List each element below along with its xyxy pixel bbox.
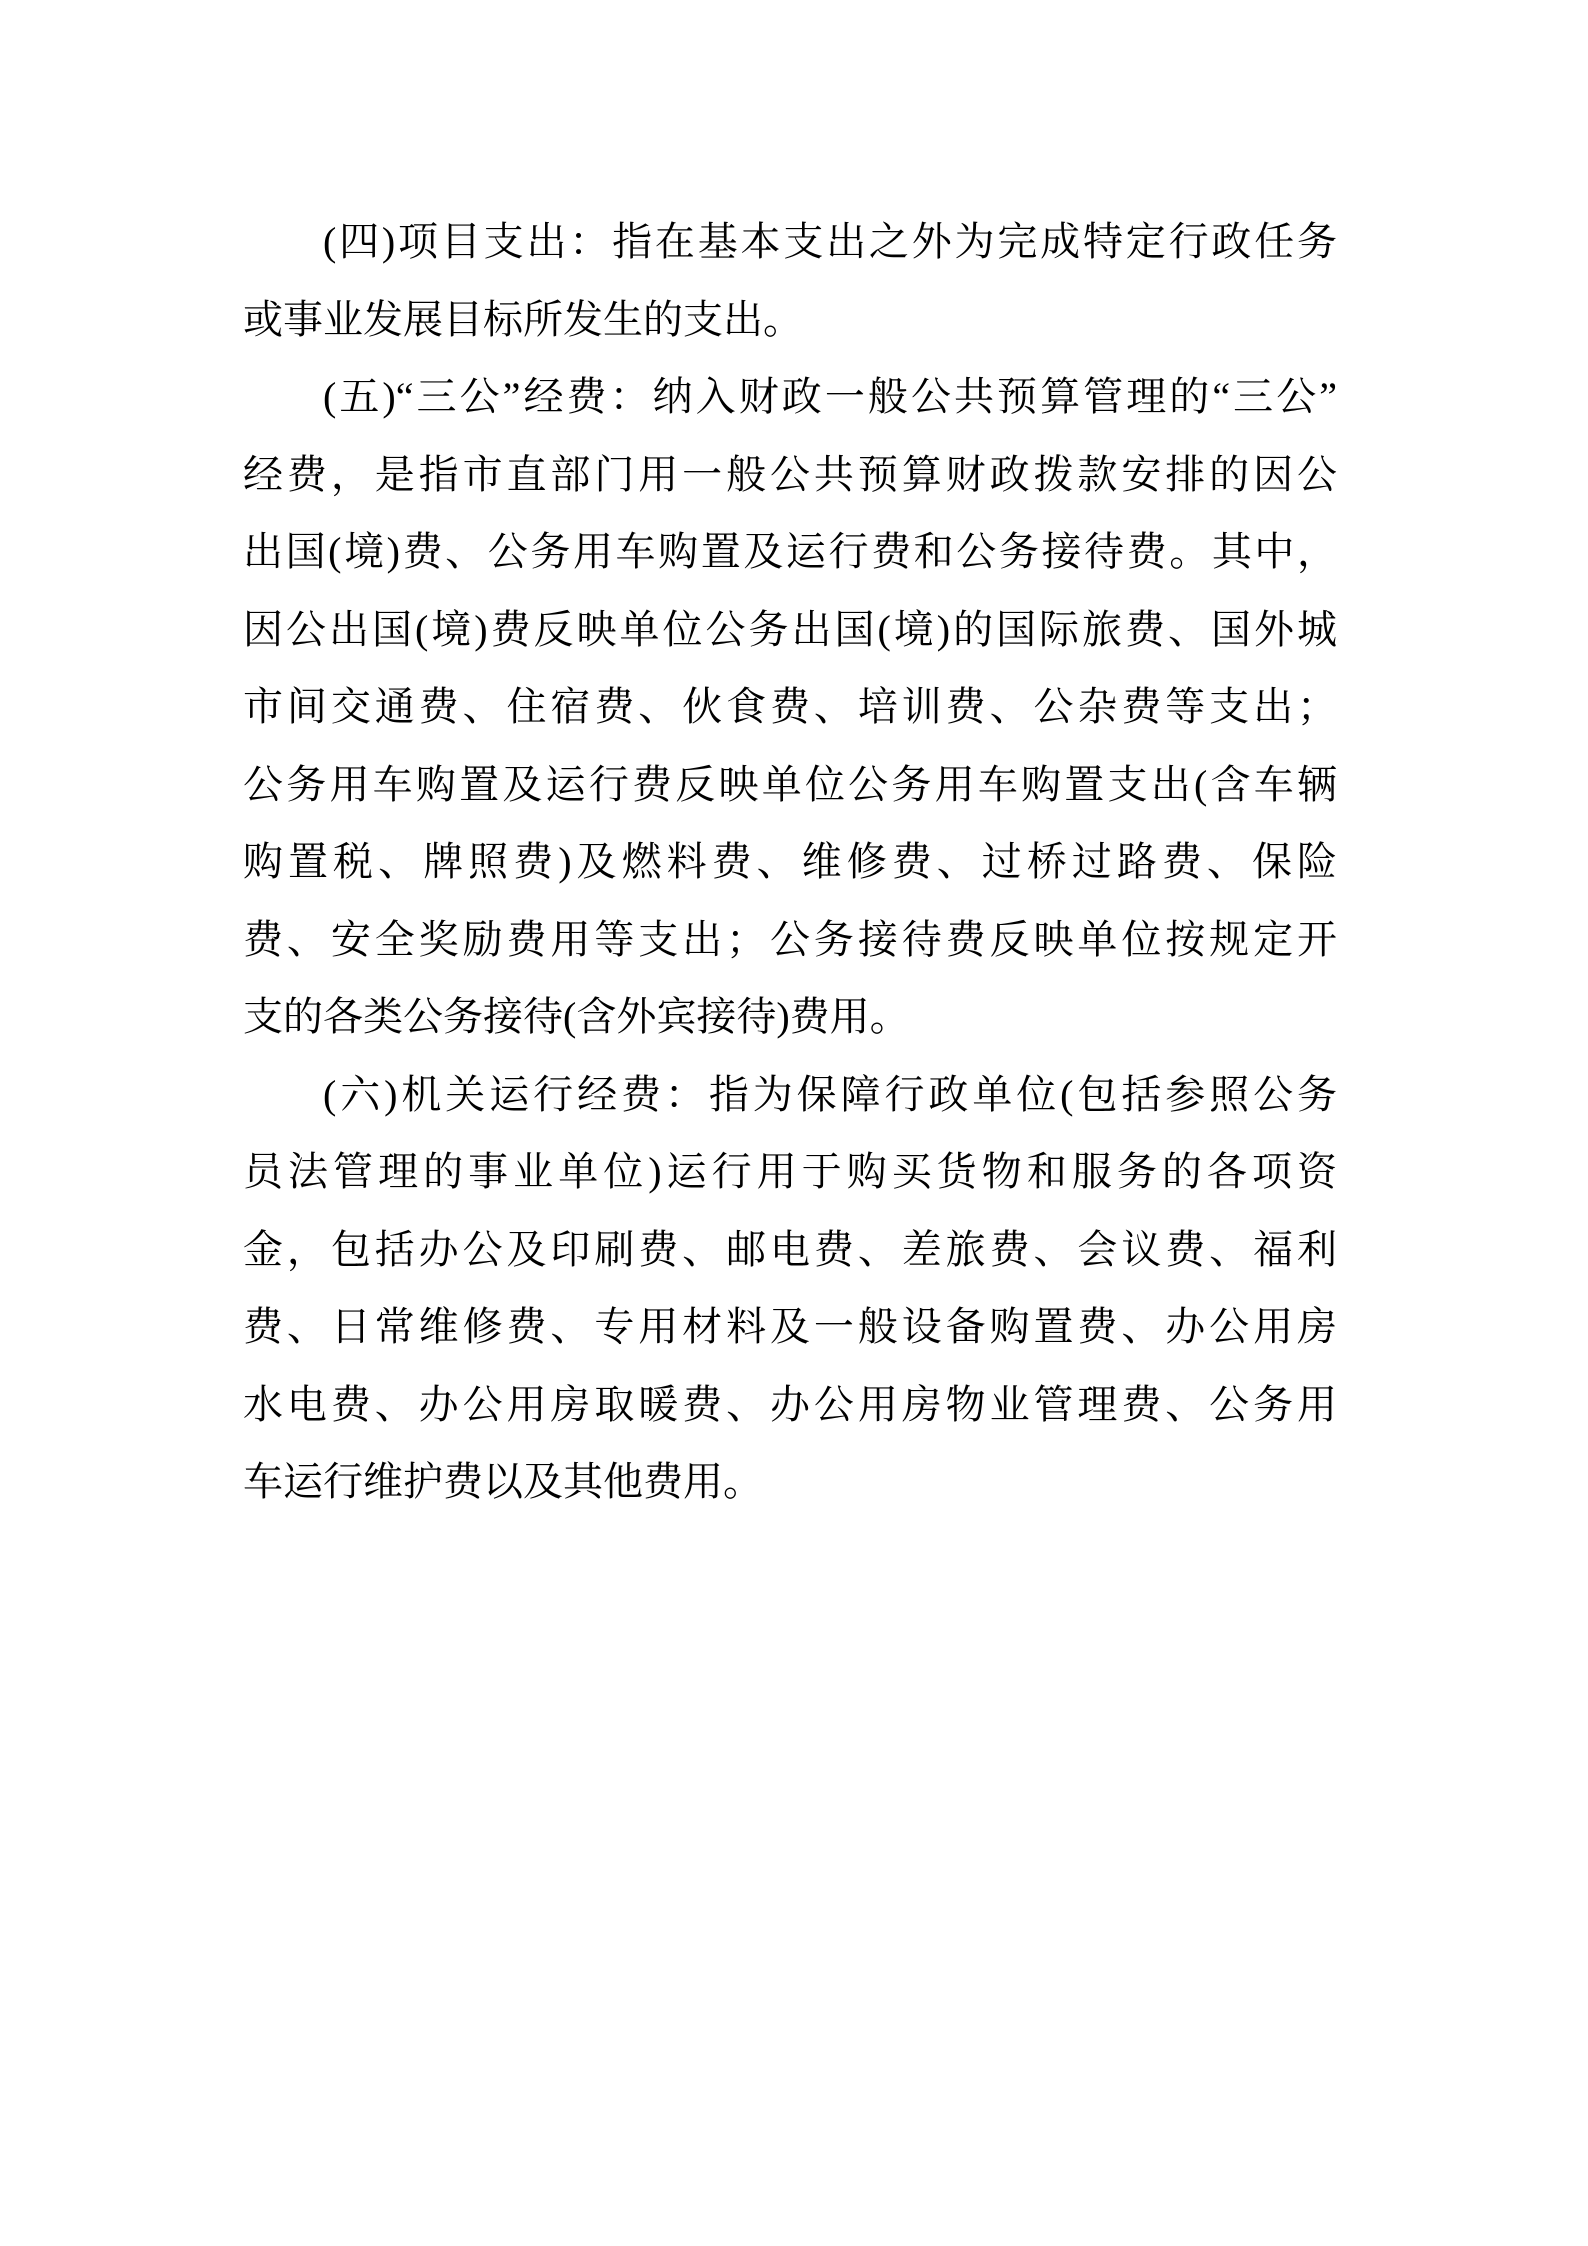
text-line: 因公出国(境)费反映单位公务出国(境)的国际旅费、国外城 bbox=[243, 591, 1337, 669]
text-line: 费、安全奖励费用等支出；公务接待费反映单位按规定开 bbox=[243, 901, 1337, 979]
text-line: 支的各类公务接待(含外宾接待)费用。 bbox=[243, 978, 1337, 1056]
text-line: 金，包括办公及印刷费、邮电费、差旅费、会议费、福利 bbox=[243, 1211, 1337, 1289]
text-line: 员法管理的事业单位)运行用于购买货物和服务的各项资 bbox=[243, 1133, 1337, 1211]
text-line: 购置税、牌照费)及燃料费、维修费、过桥过路费、保险 bbox=[243, 823, 1337, 901]
text-line: 费、日常维修费、专用材料及一般设备购置费、办公用房 bbox=[243, 1288, 1337, 1366]
text-line: 市间交通费、住宿费、伙食费、培训费、公杂费等支出； bbox=[243, 668, 1337, 746]
text-line: 经费，是指市直部门用一般公共预算财政拨款安排的因公 bbox=[243, 436, 1337, 514]
text-line: 或事业发展目标所发生的支出。 bbox=[243, 281, 1337, 359]
text-line: 车运行维护费以及其他费用。 bbox=[243, 1443, 1337, 1521]
text-line: 水电费、办公用房取暖费、办公用房物业管理费、公务用 bbox=[243, 1366, 1337, 1444]
text-line: (五)“三公”经费：纳入财政一般公共预算管理的“三公” bbox=[243, 358, 1337, 436]
text-line: 出国(境)费、公务用车购置及运行费和公务接待费。其中， bbox=[243, 513, 1337, 591]
paragraph-six-agency-operating-funds: (六)机关运行经费：指为保障行政单位(包括参照公务 员法管理的事业单位)运行用于… bbox=[243, 1056, 1337, 1521]
document-page: (四)项目支出：指在基本支出之外为完成特定行政任务 或事业发展目标所发生的支出。… bbox=[0, 0, 1588, 2246]
text-line: (六)机关运行经费：指为保障行政单位(包括参照公务 bbox=[243, 1056, 1337, 1134]
text-block: (四)项目支出：指在基本支出之外为完成特定行政任务 或事业发展目标所发生的支出。… bbox=[243, 203, 1337, 1521]
paragraph-five-three-public-funds: (五)“三公”经费：纳入财政一般公共预算管理的“三公” 经费，是指市直部门用一般… bbox=[243, 358, 1337, 1056]
paragraph-four-project-expenditure: (四)项目支出：指在基本支出之外为完成特定行政任务 或事业发展目标所发生的支出。 bbox=[243, 203, 1337, 358]
text-line: (四)项目支出：指在基本支出之外为完成特定行政任务 bbox=[243, 203, 1337, 281]
text-line: 公务用车购置及运行费反映单位公务用车购置支出(含车辆 bbox=[243, 746, 1337, 824]
